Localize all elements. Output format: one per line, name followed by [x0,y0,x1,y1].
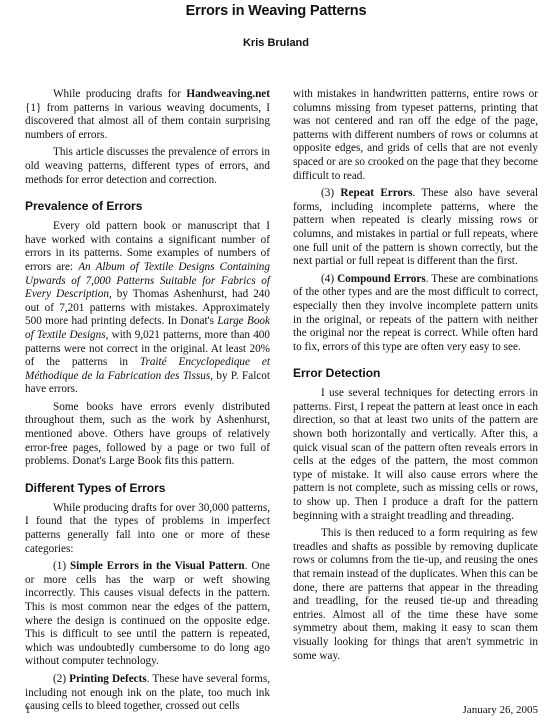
intro-paragraph-2: This article discusses the prevalence of… [25,146,270,187]
intro-paragraph-1: While producing drafts for Handweaving.n… [25,88,270,142]
detection-paragraph-1: I use several techniques for detecting e… [293,387,538,523]
detection-paragraph-2: This is then reduced to a form requiring… [293,527,538,663]
section-heading-detection: Error Detection [293,366,538,381]
text: . One or more cells has the warp or weft… [25,560,270,667]
item-number: (4) [321,273,337,285]
types-item-2-continued: with mistakes in handwritten patterns, e… [293,88,538,183]
item-number: (2) [53,673,69,685]
item-title: Compound Errors [337,273,426,285]
right-column: with mistakes in handwritten patterns, e… [293,88,538,667]
types-paragraph-1: While producing drafts for over 30,000 p… [25,502,270,556]
footer-date: January 26, 2005 [463,704,538,716]
item-number: (1) [53,560,70,572]
item-title: Repeat Errors [340,187,412,199]
text: While producing drafts for [53,88,186,100]
types-item-1: (1) Simple Errors in the Visual Pattern.… [25,560,270,669]
left-column: While producing drafts for Handweaving.n… [25,88,270,718]
prevalence-paragraph-2: Some books have errors evenly distribute… [25,401,270,469]
document-author: Kris Bruland [0,37,552,49]
page-number: 1 [25,704,31,716]
types-item-3: (3) Repeat Errors. These also have sever… [293,187,538,269]
item-title: Printing Defects [69,673,147,685]
item-title: Simple Errors in the Visual Pattern [70,560,245,572]
document-title: Errors in Weaving Patterns [0,3,552,19]
section-heading-types: Different Types of Errors [25,481,270,496]
prevalence-paragraph-1: Every old pattern book or manuscript tha… [25,220,270,397]
item-number: (3) [321,187,340,199]
text: {1} from patterns in various weaving doc… [25,102,270,141]
types-item-2: (2) Printing Defects. These have several… [25,673,270,714]
site-name: Handweaving.net [186,88,270,100]
section-heading-prevalence: Prevalence of Errors [25,199,270,214]
types-item-4: (4) Compound Errors. These are combinati… [293,273,538,355]
